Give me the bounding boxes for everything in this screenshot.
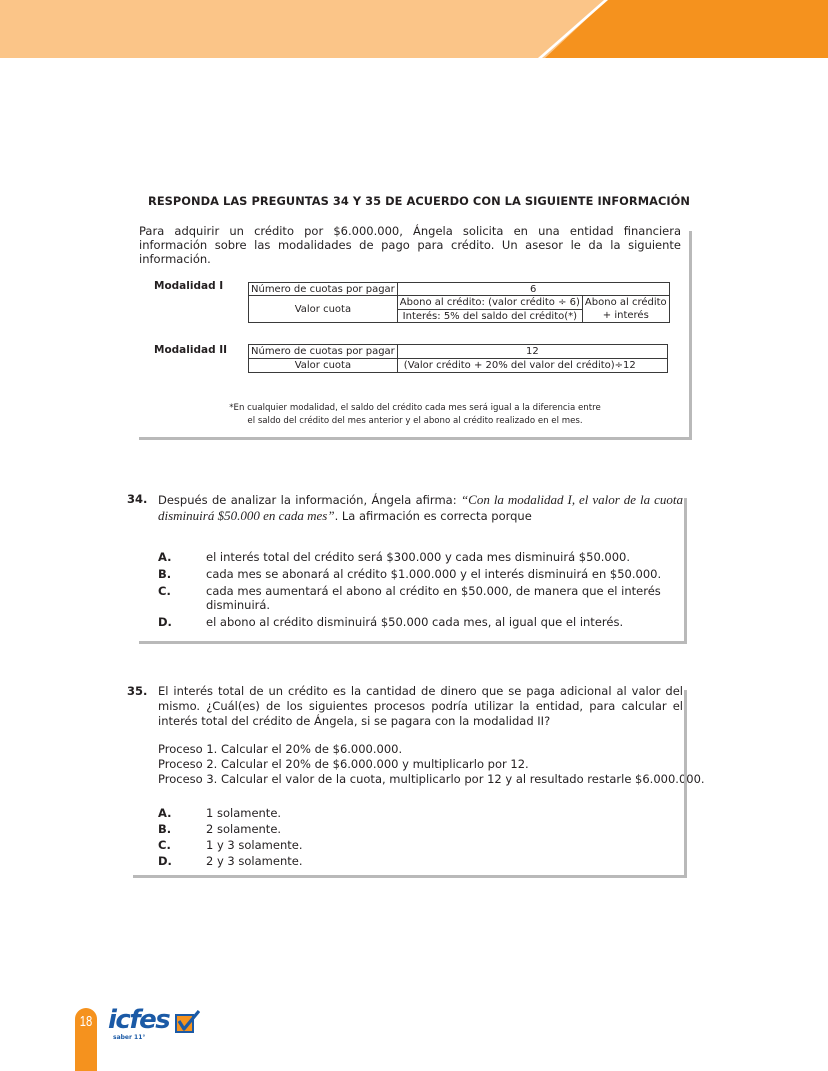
q34-option-b[interactable]: B. cada mes se abonará al crédito $1.000… bbox=[158, 567, 678, 581]
info-box-edge-right bbox=[689, 231, 692, 440]
info-box-edge-bottom bbox=[139, 437, 692, 440]
q34-box-edge-bottom bbox=[139, 641, 687, 644]
valor-cuota-label: Valor cuota bbox=[249, 359, 398, 373]
abono-formula: Abono al crédito: (valor crédito ÷ 6) bbox=[397, 296, 582, 310]
footnote-line1: *En cualquier modalidad, el saldo del cr… bbox=[200, 402, 630, 415]
option-letter: B. bbox=[158, 822, 206, 836]
option-text: 1 solamente. bbox=[206, 806, 458, 820]
option-letter: D. bbox=[158, 615, 206, 629]
section-title: RESPONDA LAS PREGUNTAS 34 Y 35 DE ACUERD… bbox=[148, 194, 690, 208]
icfes-logo-subtitle: saber 11° bbox=[113, 1034, 145, 1041]
option-letter: C. bbox=[158, 584, 206, 612]
option-text: cada mes aumentará el abono al crédito e… bbox=[206, 584, 666, 612]
process-1: Proceso 1. Calcular el 20% de $6.000.000… bbox=[158, 742, 402, 757]
checkmark-box-icon bbox=[175, 1010, 200, 1034]
option-letter: B. bbox=[158, 567, 206, 581]
intro-text: Para adquirir un crédito por $6.000.000,… bbox=[139, 224, 681, 266]
interes-formula: Interés: 5% del saldo del crédito(*) bbox=[397, 310, 582, 323]
question-34-text-before: Después de analizar la información, Ánge… bbox=[158, 493, 461, 507]
q34-box-edge-right bbox=[684, 498, 687, 644]
q35-box-edge-right bbox=[684, 690, 687, 878]
total-formula: Abono al crédito + interés bbox=[582, 296, 669, 323]
modalidad-1-table: Número de cuotas por pagar 6 Valor cuota… bbox=[248, 282, 670, 323]
total-formula-line1: Abono al crédito bbox=[585, 296, 667, 309]
process-3: Proceso 3. Calcular el valor de la cuota… bbox=[158, 772, 705, 787]
modalidad-2-table: Número de cuotas por pagar 12 Valor cuot… bbox=[248, 344, 668, 373]
header-band bbox=[0, 0, 828, 58]
question-35-text: El interés total de un crédito es la can… bbox=[158, 684, 683, 729]
question-35-number: 35. bbox=[127, 684, 147, 698]
cuotas-label: Número de cuotas por pagar bbox=[249, 283, 398, 296]
cuotas-label: Número de cuotas por pagar bbox=[249, 345, 398, 359]
modalidad-1-label: Modalidad I bbox=[154, 280, 223, 292]
q35-option-a[interactable]: A. 1 solamente. bbox=[158, 806, 458, 820]
option-letter: C. bbox=[158, 838, 206, 852]
modalidad-2-label: Modalidad II bbox=[154, 344, 227, 356]
option-letter: A. bbox=[158, 550, 206, 564]
question-34-text: Después de analizar la información, Ánge… bbox=[158, 492, 683, 524]
valor-cuota-label: Valor cuota bbox=[249, 296, 398, 323]
process-2: Proceso 2. Calcular el 20% de $6.000.000… bbox=[158, 757, 529, 772]
option-letter: A. bbox=[158, 806, 206, 820]
footnote-line2: el saldo del crédito del mes anterior y … bbox=[200, 415, 630, 428]
q35-box-edge-bottom bbox=[133, 875, 687, 878]
option-text: 2 y 3 solamente. bbox=[206, 854, 458, 868]
question-34-text-after: . La afirmación es correcta porque bbox=[335, 509, 532, 523]
q35-option-d[interactable]: D. 2 y 3 solamente. bbox=[158, 854, 458, 868]
footnote: *En cualquier modalidad, el saldo del cr… bbox=[200, 402, 630, 428]
q34-option-a[interactable]: A. el interés total del crédito será $30… bbox=[158, 550, 678, 564]
option-text: cada mes se abonará al crédito $1.000.00… bbox=[206, 567, 678, 581]
q34-option-c[interactable]: C. cada mes aumentará el abono al crédit… bbox=[158, 584, 678, 612]
page-number: 18 bbox=[78, 1013, 95, 1030]
q34-option-d[interactable]: D. el abono al crédito disminuirá $50.00… bbox=[158, 615, 678, 629]
cuotas-value: 12 bbox=[397, 345, 667, 359]
total-formula-line2: + interés bbox=[585, 309, 667, 322]
option-text: el abono al crédito disminuirá $50.000 c… bbox=[206, 615, 678, 629]
valor-cuota-formula: (Valor crédito + 20% del valor del crédi… bbox=[397, 359, 667, 373]
option-text: el interés total del crédito será $300.0… bbox=[206, 550, 678, 564]
option-text: 2 solamente. bbox=[206, 822, 458, 836]
option-text: 1 y 3 solamente. bbox=[206, 838, 458, 852]
cuotas-value: 6 bbox=[397, 283, 669, 296]
option-letter: D. bbox=[158, 854, 206, 868]
header-band-dark bbox=[545, 0, 828, 58]
icfes-logo: icfes bbox=[108, 1005, 169, 1035]
q35-option-c[interactable]: C. 1 y 3 solamente. bbox=[158, 838, 458, 852]
q35-option-b[interactable]: B. 2 solamente. bbox=[158, 822, 458, 836]
question-34-number: 34. bbox=[127, 492, 147, 506]
